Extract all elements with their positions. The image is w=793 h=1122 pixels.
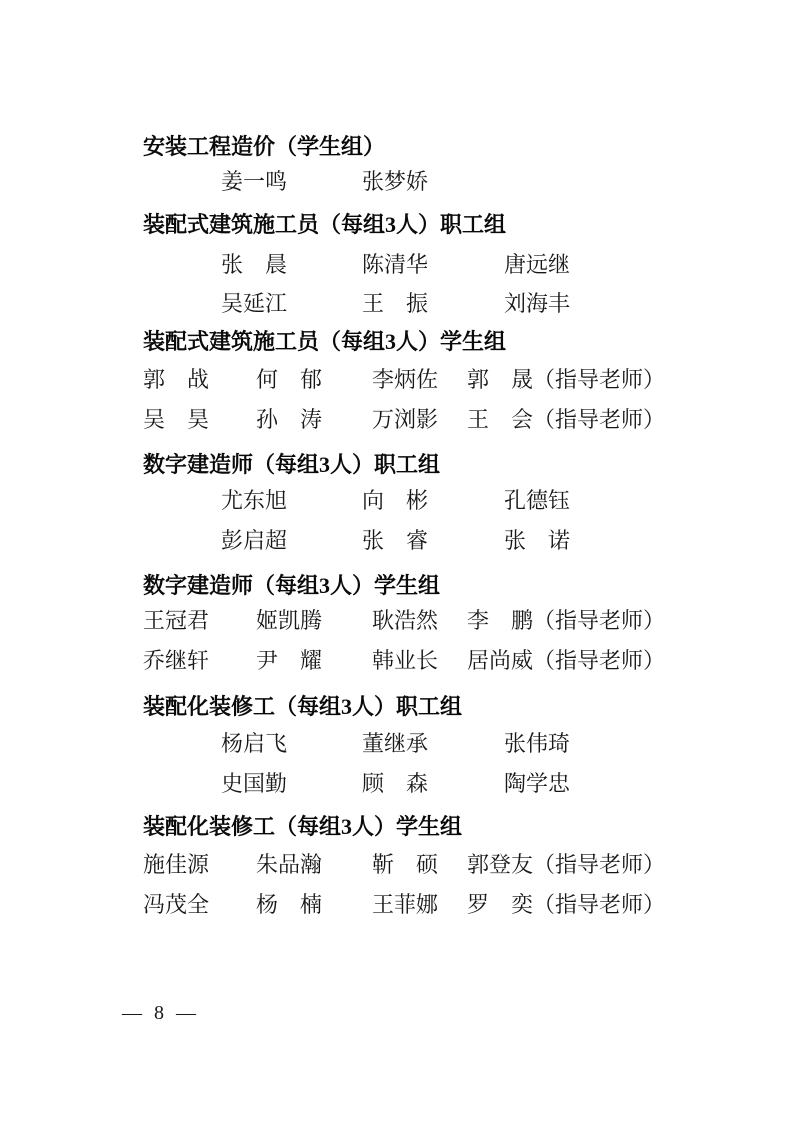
winner-name: 张 晨 bbox=[221, 252, 287, 278]
section-heading: 装配式建筑施工员（每组3人）职工组 bbox=[143, 212, 506, 238]
winner-name: 万浏影 bbox=[372, 407, 438, 433]
winner-row: 张 晨 陈清华 唐远继 bbox=[0, 252, 793, 278]
section-heading: 装配式建筑施工员（每组3人）学生组 bbox=[143, 329, 506, 355]
winner-name: 尹 耀 bbox=[256, 648, 322, 674]
winner-row: 王冠君 姬凯腾 耿浩然 李 鹏（指导老师） bbox=[0, 608, 793, 634]
winner-name: 靳 硕 bbox=[372, 852, 438, 878]
winner-name: 陈清华 bbox=[362, 252, 428, 278]
winner-name: 张伟琦 bbox=[504, 731, 570, 757]
winner-row: 吴延江 王 振 刘海丰 bbox=[0, 291, 793, 317]
winner-name: 杨 楠 bbox=[256, 892, 322, 918]
winner-name: 董继承 bbox=[362, 731, 428, 757]
winner-name-with-advisor: 罗 奕（指导老师） bbox=[467, 892, 665, 918]
winner-name: 朱品瀚 bbox=[256, 852, 322, 878]
winner-row: 杨启飞 董继承 张伟琦 bbox=[0, 731, 793, 757]
winner-name: 冯茂全 bbox=[143, 892, 209, 918]
winner-name: 王冠君 bbox=[143, 608, 209, 634]
section-heading: 数字建造师（每组3人）职工组 bbox=[143, 452, 440, 478]
winner-row: 郭 战 何 郁 李炳佐 郭 晟（指导老师） bbox=[0, 367, 793, 393]
winner-name: 王 振 bbox=[362, 291, 428, 317]
winner-name: 尤东旭 bbox=[221, 488, 287, 514]
winner-row: 彭启超 张 睿 张 诺 bbox=[0, 528, 793, 554]
winner-name: 孙 涛 bbox=[256, 407, 322, 433]
winner-row: 吴 昊 孙 涛 万浏影 王 会（指导老师） bbox=[0, 407, 793, 433]
section-heading: 装配化装修工（每组3人）学生组 bbox=[143, 814, 462, 840]
winner-row: 施佳源 朱品瀚 靳 硕 郭登友（指导老师） bbox=[0, 852, 793, 878]
winner-name: 郭 战 bbox=[143, 367, 209, 393]
winner-name: 张 诺 bbox=[504, 528, 570, 554]
winner-name: 向 彬 bbox=[362, 488, 428, 514]
section-heading: 安装工程造价（学生组） bbox=[143, 134, 385, 160]
winner-name: 李炳佐 bbox=[372, 367, 438, 393]
winner-name: 韩业长 bbox=[372, 648, 438, 674]
winner-name: 吴延江 bbox=[221, 291, 287, 317]
winner-name: 姬凯腾 bbox=[256, 608, 322, 634]
winner-row: 史国勤 顾 森 陶学忠 bbox=[0, 771, 793, 797]
winner-name: 施佳源 bbox=[143, 852, 209, 878]
winner-name: 杨启飞 bbox=[221, 731, 287, 757]
winner-name: 耿浩然 bbox=[372, 608, 438, 634]
winner-name: 顾 森 bbox=[362, 771, 428, 797]
winner-name: 唐远继 bbox=[504, 252, 570, 278]
section-heading: 装配化装修工（每组3人）职工组 bbox=[143, 694, 462, 720]
winner-name: 陶学忠 bbox=[504, 771, 570, 797]
winner-name: 孔德钰 bbox=[504, 488, 570, 514]
winner-row: 尤东旭 向 彬 孔德钰 bbox=[0, 488, 793, 514]
winner-name-with-advisor: 居尚威（指导老师） bbox=[467, 648, 665, 674]
winner-row: 姜一鸣 张梦娇 bbox=[0, 169, 793, 195]
winner-row: 冯茂全 杨 楠 王菲娜 罗 奕（指导老师） bbox=[0, 892, 793, 918]
winner-row: 乔继轩 尹 耀 韩业长 居尚威（指导老师） bbox=[0, 648, 793, 674]
winner-name: 乔继轩 bbox=[143, 648, 209, 674]
winner-name-with-advisor: 郭 晟（指导老师） bbox=[467, 367, 665, 393]
winner-name: 何 郁 bbox=[256, 367, 322, 393]
page-number: — 8 — bbox=[122, 1001, 196, 1025]
section-heading: 数字建造师（每组3人）学生组 bbox=[143, 573, 440, 599]
winner-name: 张梦娇 bbox=[362, 169, 428, 195]
winner-name: 史国勤 bbox=[221, 771, 287, 797]
winner-name-with-advisor: 王 会（指导老师） bbox=[467, 407, 665, 433]
winner-name: 吴 昊 bbox=[143, 407, 209, 433]
winner-name-with-advisor: 李 鹏（指导老师） bbox=[467, 608, 665, 634]
winner-name: 张 睿 bbox=[362, 528, 428, 554]
winner-name-with-advisor: 郭登友（指导老师） bbox=[467, 852, 665, 878]
document-page: 安装工程造价（学生组） 姜一鸣 张梦娇 装配式建筑施工员（每组3人）职工组 张 … bbox=[0, 0, 793, 1122]
winner-name: 姜一鸣 bbox=[221, 169, 287, 195]
winner-name: 彭启超 bbox=[221, 528, 287, 554]
winner-name: 刘海丰 bbox=[504, 291, 570, 317]
winner-name: 王菲娜 bbox=[372, 892, 438, 918]
